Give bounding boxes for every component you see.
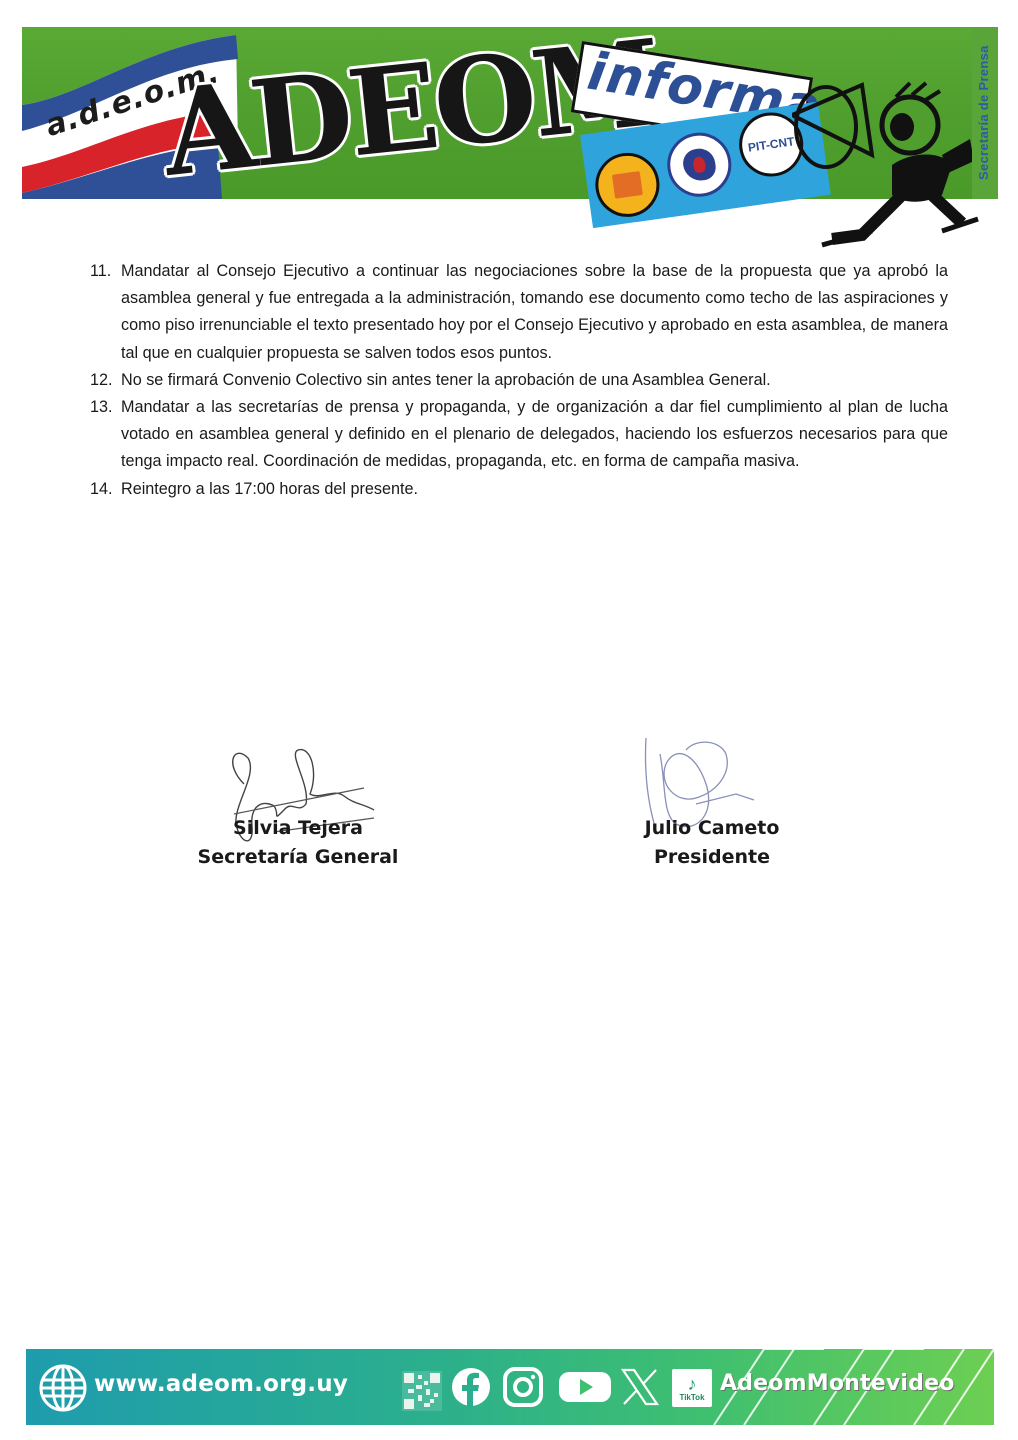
signatory-name: Julio Cameto [612, 814, 812, 843]
social-handle[interactable]: AdeomMontevideo [720, 1371, 955, 1396]
list-item: 12. No se firmará Convenio Colectivo sin… [90, 367, 948, 394]
tiktok-icon[interactable]: ♪ TikTok [672, 1369, 712, 1407]
youtube-icon[interactable] [558, 1367, 612, 1407]
signatory-block: Silvia Tejera Secretaría General [188, 814, 408, 872]
tiktok-label: TikTok [679, 1393, 704, 1402]
resolutions-list: 11. Mandatar al Consejo Ejecutivo a cont… [90, 258, 948, 503]
department-label: Secretaría de Prensa [976, 35, 992, 191]
globe-icon[interactable] [38, 1363, 88, 1413]
list-item: 14. Reintegro a las 17:00 horas del pres… [90, 476, 948, 503]
x-twitter-icon[interactable] [620, 1367, 660, 1407]
item-number: 14. [90, 476, 121, 503]
footer-banner: www.adeom.org.uy ♪ TikTok AdeomMontevide… [26, 1349, 994, 1425]
item-number: 12. [90, 367, 121, 394]
tiktok-note-glyph: ♪ [688, 1375, 697, 1393]
megaphone-mascot-icon [792, 55, 982, 251]
facebook-icon[interactable] [450, 1367, 492, 1407]
item-text: Reintegro a las 17:00 horas del presente… [121, 476, 948, 503]
federacion-municipales-logo [663, 129, 735, 201]
building-icon [612, 171, 643, 199]
website-link[interactable]: www.adeom.org.uy [94, 1371, 348, 1397]
item-number: 13. [90, 394, 121, 476]
signatory-role: Presidente [612, 843, 812, 872]
qr-code-icon[interactable] [402, 1371, 442, 1411]
item-text: Mandatar al Consejo Ejecutivo a continua… [121, 258, 948, 367]
item-text: No se firmará Convenio Colectivo sin ant… [121, 367, 948, 394]
header-banner: a.d.e.o.m. ADEOM informa PIT-CNT Secreta… [22, 27, 998, 199]
signatory-block: Julio Cameto Presidente [612, 814, 812, 872]
uruguay-map-icon [681, 147, 717, 183]
list-item: 13. Mandatar a las secretarías de prensa… [90, 394, 948, 476]
item-number: 11. [90, 258, 121, 367]
municipal-seal-logo [591, 149, 663, 221]
signatory-role: Secretaría General [188, 843, 408, 872]
item-text: Mandatar a las secretarías de prensa y p… [121, 394, 948, 476]
instagram-icon[interactable] [502, 1367, 544, 1407]
signatory-name: Silvia Tejera [188, 814, 408, 843]
list-item: 11. Mandatar al Consejo Ejecutivo a cont… [90, 258, 948, 367]
